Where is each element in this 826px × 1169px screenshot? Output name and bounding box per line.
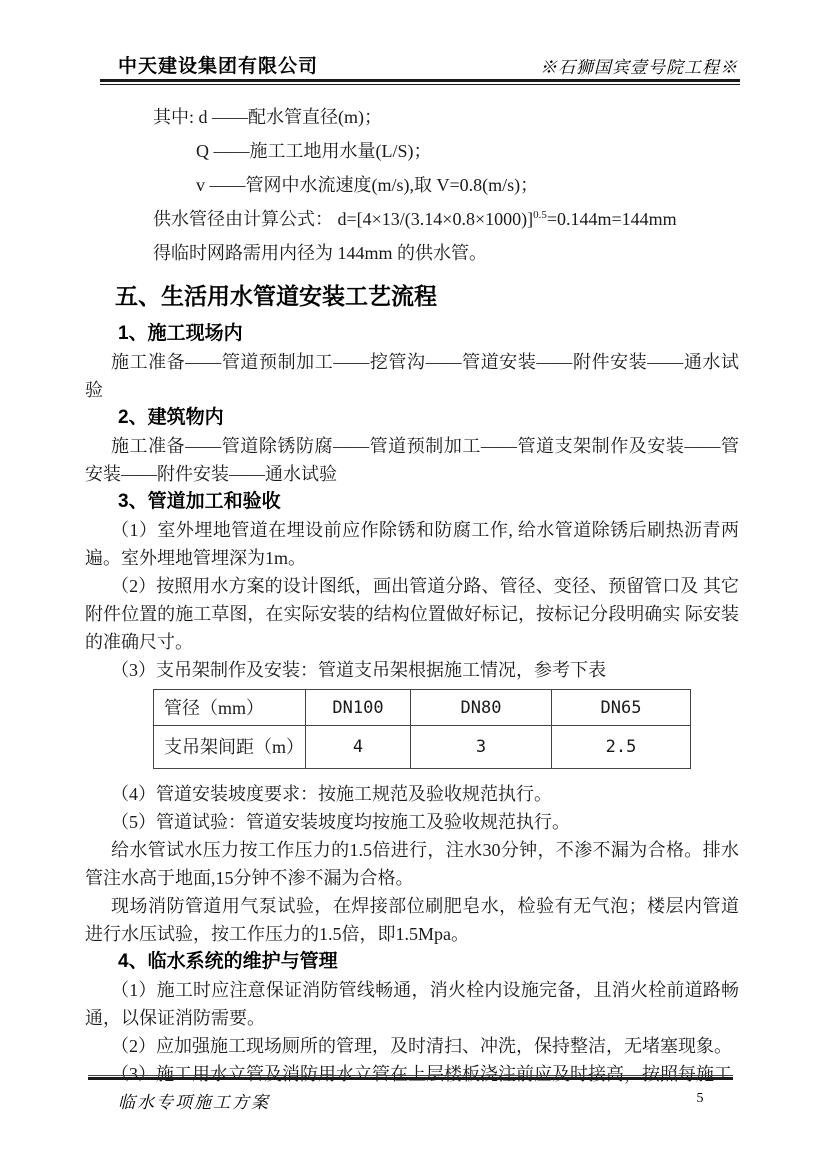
table-header-dn65: DN65 <box>552 690 691 726</box>
sub4-item-1: （1）施工时应注意保证消防管线畅通，消火栓内设施完备，且消火栓前道路畅通，以保证… <box>85 976 739 1032</box>
sub4-item-3: （3）施工用水立管及消防用水立管在上层楼板浇注前应及时接高，按照每施工 <box>85 1060 739 1088</box>
subsection-1-title: 1、施工现场内 <box>118 320 739 348</box>
sub3-item-5: （5）管道试验：管道安装坡度均按施工及验收规范执行。 <box>85 808 739 836</box>
site-flow-paragraph: 施工准备——管道预制加工——挖管沟——管道安装——附件安装——通水试验 <box>85 348 739 404</box>
building-flow-paragraph: 施工准备——管道除锈防腐——管道预制加工——管道支架制作及安装——管安装——附件… <box>85 432 739 488</box>
page-number: 5 <box>690 1091 710 1107</box>
sub3-item-2: （2）按照用水方案的设计图纸，画出管道分路、管径、变径、预留管口及 其它附件位置… <box>85 572 739 656</box>
definition-q: Q ——施工工地用水量(L/S)； <box>85 134 739 168</box>
sub3-fire-pipe-test-paragraph: 现场消防管道用气泵试验，在焊接部位刷肥皂水，检验有无气泡；楼层内管道进行水压试验… <box>85 892 739 948</box>
sub3-item-4: （4）管道安装坡度要求：按施工规范及验收规范执行。 <box>85 780 739 808</box>
table-cell-spacing-dn65: 2.5 <box>552 726 691 769</box>
table-header-dn100: DN100 <box>306 690 411 726</box>
section-5-title: 五、生活用水管道安装工艺流程 <box>115 282 739 311</box>
subsection-3-title: 3、管道加工和验收 <box>118 488 739 516</box>
formula-exponent: 0.5 <box>533 209 547 221</box>
table-header-dn80: DN80 <box>411 690 552 726</box>
company-name: 中天建设集团有限公司 <box>88 51 318 78</box>
sub3-pressure-test-paragraph: 给水管试水压力按工作压力的1.5倍进行，注水30分钟，不渗不漏为合格。排水管注水… <box>85 836 739 892</box>
sub3-item-1: （1）室外埋地管道在埋设前应作除锈和防腐工作, 给水管道除锈后刷热沥青两遍。室外… <box>85 516 739 572</box>
sub4-item-2: （2）应加强施工现场厕所的管理，及时清扫、冲洗，保持整洁，无堵塞现象。 <box>85 1032 739 1060</box>
document-page: 中天建设集团有限公司 ※石狮国宾壹号院工程※ 其中: d ——配水管直径(m)；… <box>0 0 826 1169</box>
table-cell-spacing-dn100: 4 <box>306 726 411 769</box>
table-header-pipe-diameter: 管径（mm） <box>154 690 306 726</box>
page-header: 中天建设集团有限公司 ※石狮国宾壹号院工程※ <box>88 44 738 78</box>
document-body: 其中: d ——配水管直径(m)； Q ——施工工地用水量(L/S)； v ——… <box>85 100 739 1088</box>
footer-rule <box>88 1075 733 1080</box>
table-row: 管径（mm） DN100 DN80 DN65 <box>154 690 691 726</box>
table-cell-spacing-label: 支吊架间距（m） <box>154 726 306 769</box>
table-row: 支吊架间距（m） 4 3 2.5 <box>154 726 691 769</box>
definition-v: v ——管网中水流速度(m/s),取 V=0.8(m/s)； <box>85 168 739 202</box>
header-rule <box>100 79 740 85</box>
subsection-2-title: 2、建筑物内 <box>118 404 739 432</box>
formula-line: 供水管径由计算公式： d=[4×13/(3.14×0.8×1000)]0.5=0… <box>85 202 739 236</box>
sub3-item-3: （3）支吊架制作及安装：管道支吊架根据施工情况，参考下表 <box>85 656 739 684</box>
project-name: ※石狮国宾壹号院工程※ <box>540 53 738 78</box>
hanger-spacing-table: 管径（mm） DN100 DN80 DN65 支吊架间距（m） 4 3 2.5 <box>153 689 691 769</box>
table-cell-spacing-dn80: 3 <box>411 726 552 769</box>
footer-doc-title: 临水专项施工方案 <box>118 1088 270 1113</box>
definition-d: 其中: d ——配水管直径(m)； <box>85 100 739 134</box>
conclusion-line: 得临时网路需用内径为 144mm 的供水管。 <box>85 236 739 270</box>
subsection-4-title: 4、临水系统的维护与管理 <box>118 948 739 976</box>
formula-suffix: =0.144m=144mm <box>547 209 677 229</box>
formula-prefix: 供水管径由计算公式： d=[4×13/(3.14×0.8×1000)] <box>153 209 533 229</box>
